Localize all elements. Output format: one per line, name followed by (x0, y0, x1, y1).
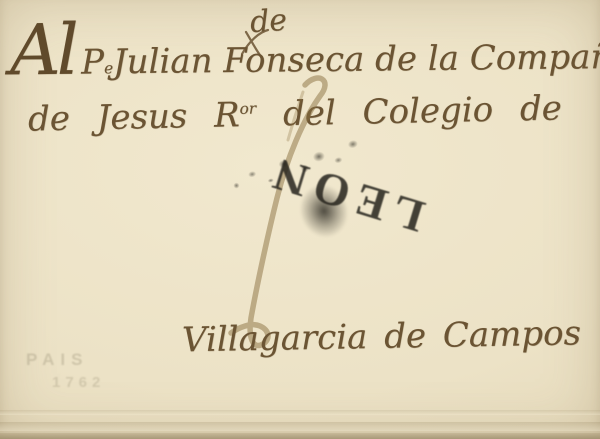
paper-fold-crease-upper (0, 410, 600, 415)
paper-fold-crease-lower (0, 422, 600, 431)
address-line-1-pre: P (81, 42, 104, 82)
address-line-2-superscript: or (239, 99, 256, 117)
address-line-2: de Jesus Ror del Colegio de (28, 88, 563, 139)
address-line-1-post: Julian Fonseca de la Compañia (113, 37, 600, 83)
address-line-1: Al Pe Julian Fonseca de la Compañia (10, 13, 600, 84)
destination-line: Villagarcia de Campos ~ — (182, 312, 600, 361)
address-line-2-post: del Colegio de (256, 88, 562, 134)
pencil-note-2: 1762 (52, 374, 105, 391)
address-initial-flourish: Al (10, 19, 76, 83)
paper-bottom-edge-shadow (0, 433, 600, 439)
letter-cover: de Al Pe Julian Fonseca de la Compañia d… (0, 0, 600, 439)
address-line-2-pre: de Jesus R (28, 95, 240, 139)
address-line-1-superscript: e (104, 59, 113, 77)
pencil-note-1: PAIS (26, 350, 88, 370)
